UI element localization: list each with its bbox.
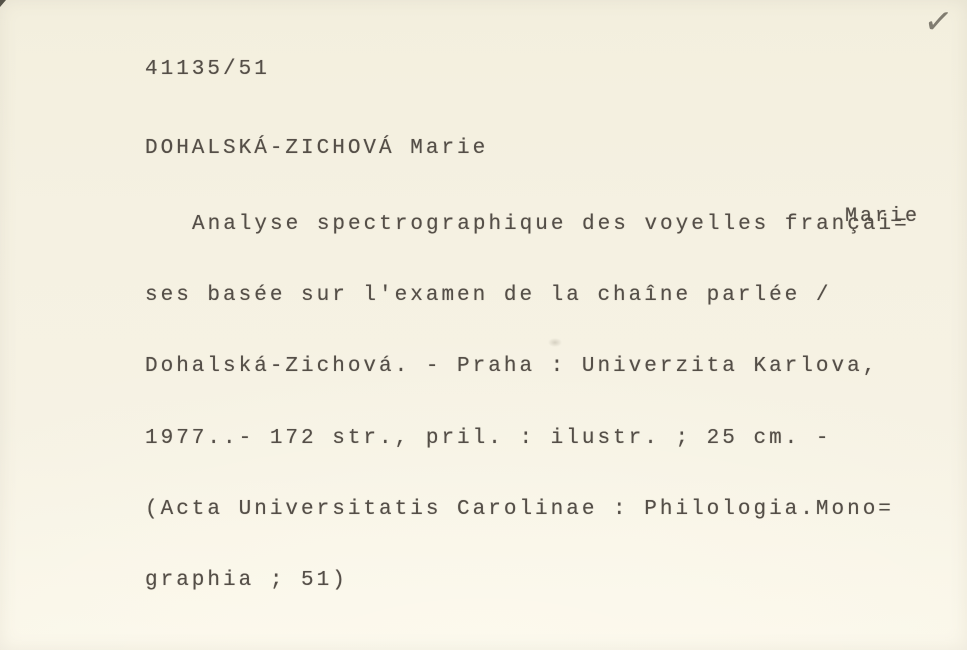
description-line: Analyse spectrographique des voyelles fr… [145, 212, 910, 237]
description-line: Dohalská-Zichová. - Praha : Univerzita K… [145, 354, 910, 379]
author-heading: DOHALSKÁ-ZICHOVÁ Marie [145, 137, 488, 160]
inserted-word-marie: Marie [845, 205, 920, 228]
description-line: ses basée sur l'examen de la chaîne parl… [145, 283, 910, 308]
scan-corner-speck [0, 0, 6, 7]
bibliographic-description: Analyse spectrographique des voyelles fr… [145, 166, 910, 639]
description-line: graphia ; 51) [145, 568, 910, 593]
catalog-card: 41135/51 DOHALSKÁ-ZICHOVÁ Marie Analyse … [0, 0, 967, 650]
call-number: 41135/51 [145, 58, 270, 81]
paper-smudge [548, 338, 562, 347]
description-line: 1977..- 172 str., pril. : ilustr. ; 25 c… [145, 426, 910, 451]
pencil-checkmark-icon: ✓ [921, 0, 955, 45]
description-line: (Acta Universitatis Carolinae : Philolog… [145, 497, 910, 522]
